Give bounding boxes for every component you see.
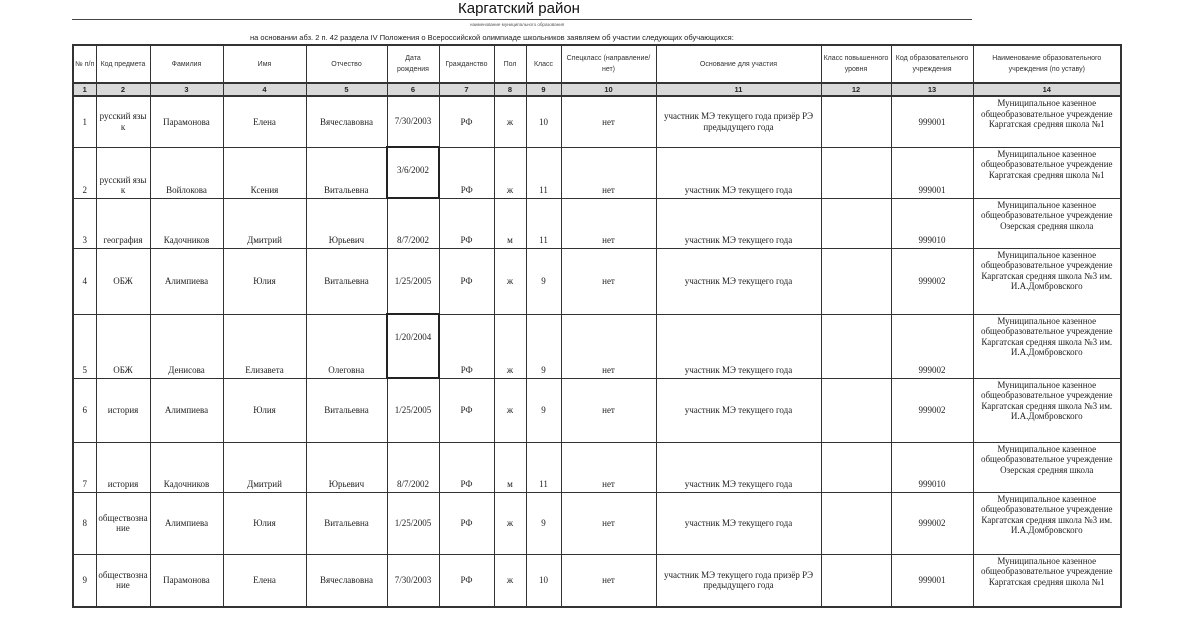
table-row: 1русский языкПарамоноваЕленаВячеславовна… [73,96,1121,147]
column-number: 11 [656,83,821,96]
last-name-cell[interactable]: Парамонова [150,554,223,607]
grade-cell[interactable]: 9 [526,378,561,442]
birth-date-cell[interactable]: 3/6/2002 [387,147,439,198]
row-number-cell[interactable]: 8 [73,492,96,554]
school-code-cell[interactable]: 999002 [891,378,973,442]
school-code-cell[interactable]: 999002 [891,314,973,378]
table-body: 1русский языкПарамоноваЕленаВячеславовна… [73,96,1121,607]
column-number: 1 [73,83,96,96]
subject-code-cell[interactable]: история [96,442,150,492]
birth-date-cell[interactable]: 7/30/2003 [387,96,439,147]
participation-basis-cell[interactable]: участник МЭ текущего года [656,198,821,248]
birth-date-cell[interactable]: 8/7/2002 [387,442,439,492]
birth-date-cell[interactable]: 7/30/2003 [387,554,439,607]
column-header: Гражданство [439,45,494,83]
school-code-cell[interactable]: 999001 [891,96,973,147]
table-row: 6историяАлимпиеваЮлияВитальевна1/25/2005… [73,378,1121,442]
school-name-cell[interactable]: Муниципальное казенное общеобразовательн… [973,378,1121,442]
first-name-cell[interactable]: Елизавета [223,314,306,378]
advanced-class-cell[interactable] [821,248,891,314]
special-class-cell[interactable]: нет [561,378,656,442]
row-number-cell[interactable]: 6 [73,378,96,442]
grade-cell[interactable]: 11 [526,198,561,248]
birth-date-cell[interactable]: 1/25/2005 [387,378,439,442]
participation-basis-cell[interactable]: участник МЭ текущего года [656,492,821,554]
participation-basis-cell[interactable]: участник МЭ текущего года призёр РЭ пред… [656,96,821,147]
special-class-cell[interactable]: нет [561,442,656,492]
row-number-cell[interactable]: 7 [73,442,96,492]
subject-code-cell[interactable]: обществознание [96,554,150,607]
first-name-cell[interactable]: Юлия [223,248,306,314]
row-number-cell[interactable]: 4 [73,248,96,314]
row-number-cell[interactable]: 3 [73,198,96,248]
school-code-cell[interactable]: 999002 [891,492,973,554]
special-class-cell[interactable]: нет [561,248,656,314]
middle-name-cell[interactable]: Олеговна [306,314,387,378]
sex-cell[interactable]: м [494,442,526,492]
citizenship-cell[interactable]: РФ [439,96,494,147]
grade-cell[interactable]: 11 [526,442,561,492]
intro-statement: на основании абз. 2 п. 42 раздела IV Пол… [250,33,734,42]
grade-cell[interactable]: 9 [526,248,561,314]
middle-name-cell[interactable]: Витальевна [306,147,387,198]
first-name-cell[interactable]: Юлия [223,492,306,554]
last-name-cell[interactable]: Кадочников [150,442,223,492]
grade-cell[interactable]: 9 [526,314,561,378]
column-number: 6 [387,83,439,96]
middle-name-cell[interactable]: Вячеславовна [306,96,387,147]
column-header: Код предмета [96,45,150,83]
table-row: 8обществознаниеАлимпиеваЮлияВитальевна1/… [73,492,1121,554]
table-row: 7историяКадочниковДмитрийЮрьевич8/7/2002… [73,442,1121,492]
column-header: Спецкласс (направление/нет) [561,45,656,83]
middle-name-cell[interactable]: Витальевна [306,248,387,314]
middle-name-cell[interactable]: Витальевна [306,378,387,442]
column-number: 7 [439,83,494,96]
last-name-cell[interactable]: Войлокова [150,147,223,198]
district-subcaption: наименование муниципального образования [470,22,564,27]
column-header: Класс повышенного уровня [821,45,891,83]
sex-cell[interactable]: ж [494,314,526,378]
first-name-cell[interactable]: Юлия [223,378,306,442]
last-name-cell[interactable]: Алимпиева [150,492,223,554]
advanced-class-cell[interactable] [821,492,891,554]
last-name-cell[interactable]: Кадочников [150,198,223,248]
sex-cell[interactable]: ж [494,492,526,554]
row-number-cell[interactable]: 1 [73,96,96,147]
sex-cell[interactable]: ж [494,248,526,314]
citizenship-cell[interactable]: РФ [439,147,494,198]
column-number: 12 [821,83,891,96]
advanced-class-cell[interactable] [821,314,891,378]
school-name-cell[interactable]: Муниципальное казенное общеобразовательн… [973,198,1121,248]
citizenship-cell[interactable]: РФ [439,554,494,607]
title-underline [72,19,972,20]
school-name-cell[interactable]: Муниципальное казенное общеобразовательн… [973,96,1121,147]
column-header: № п/п [73,45,96,83]
column-number: 2 [96,83,150,96]
middle-name-cell[interactable]: Вячеславовна [306,554,387,607]
last-name-cell[interactable]: Парамонова [150,96,223,147]
advanced-class-cell[interactable] [821,554,891,607]
header-row: № п/пКод предметаФамилияИмяОтчествоДата … [73,45,1121,83]
grade-cell[interactable]: 10 [526,554,561,607]
column-number: 8 [494,83,526,96]
special-class-cell[interactable]: нет [561,198,656,248]
column-header: Наименование образовательного учреждения… [973,45,1121,83]
birth-date-cell[interactable]: 1/20/2004 [387,314,439,378]
citizenship-cell[interactable]: РФ [439,248,494,314]
subject-code-cell[interactable]: русский язык [96,147,150,198]
table-row: 5ОБЖДенисоваЕлизаветаОлеговна1/20/2004РФ… [73,314,1121,378]
column-number-row: 1234567891011121314 [73,83,1121,96]
participation-basis-cell[interactable]: участник МЭ текущего года [656,147,821,198]
row-number-cell[interactable]: 5 [73,314,96,378]
school-code-cell[interactable]: 999010 [891,442,973,492]
first-name-cell[interactable]: Дмитрий [223,198,306,248]
first-name-cell[interactable]: Елена [223,554,306,607]
column-header: Имя [223,45,306,83]
school-name-cell[interactable]: Муниципальное казенное общеобразовательн… [973,554,1121,607]
column-header: Отчество [306,45,387,83]
column-number: 9 [526,83,561,96]
advanced-class-cell[interactable] [821,147,891,198]
row-number-cell[interactable]: 2 [73,147,96,198]
table-row: 9обществознаниеПарамоноваЕленаВячеславов… [73,554,1121,607]
column-header: Пол [494,45,526,83]
grade-cell[interactable]: 10 [526,96,561,147]
advanced-class-cell[interactable] [821,378,891,442]
district-title: Каргатский район [458,0,580,17]
middle-name-cell[interactable]: Юрьевич [306,198,387,248]
participants-table: № п/пКод предметаФамилияИмяОтчествоДата … [72,44,1122,608]
column-header: Код образовательного учреждения [891,45,973,83]
school-name-cell[interactable]: Муниципальное казенное общеобразовательн… [973,492,1121,554]
table-row: 2русский языкВойлоковаКсенияВитальевна3/… [73,147,1121,198]
subject-code-cell[interactable]: история [96,378,150,442]
school-code-cell[interactable]: 999002 [891,248,973,314]
subject-code-cell[interactable]: обществознание [96,492,150,554]
first-name-cell[interactable]: Дмитрий [223,442,306,492]
last-name-cell[interactable]: Алимпиева [150,248,223,314]
citizenship-cell[interactable]: РФ [439,314,494,378]
school-name-cell[interactable]: Муниципальное казенное общеобразовательн… [973,248,1121,314]
citizenship-cell[interactable]: РФ [439,378,494,442]
birth-date-cell[interactable]: 1/25/2005 [387,492,439,554]
sex-cell[interactable]: ж [494,96,526,147]
column-number: 3 [150,83,223,96]
last-name-cell[interactable]: Алимпиева [150,378,223,442]
special-class-cell[interactable]: нет [561,96,656,147]
grade-cell[interactable]: 9 [526,492,561,554]
column-number: 5 [306,83,387,96]
school-code-cell[interactable]: 999010 [891,198,973,248]
advanced-class-cell[interactable] [821,96,891,147]
subject-code-cell[interactable]: русский язык [96,96,150,147]
citizenship-cell[interactable]: РФ [439,492,494,554]
participation-basis-cell[interactable]: участник МЭ текущего года [656,442,821,492]
subject-code-cell[interactable]: география [96,198,150,248]
column-header: Фамилия [150,45,223,83]
special-class-cell[interactable]: нет [561,314,656,378]
column-number: 10 [561,83,656,96]
subject-code-cell[interactable]: ОБЖ [96,314,150,378]
school-name-cell[interactable]: Муниципальное казенное общеобразовательн… [973,442,1121,492]
special-class-cell[interactable]: нет [561,554,656,607]
district-title-block: Каргатский район [0,0,1086,20]
sex-cell[interactable]: ж [494,554,526,607]
special-class-cell[interactable]: нет [561,147,656,198]
school-name-cell[interactable]: Муниципальное казенное общеобразовательн… [973,147,1121,198]
column-header: Класс [526,45,561,83]
participation-basis-cell[interactable]: участник МЭ текущего года призёр РЭ пред… [656,554,821,607]
school-code-cell[interactable]: 999001 [891,147,973,198]
column-header: Основание для участия [656,45,821,83]
table-row: 4ОБЖАлимпиеваЮлияВитальевна1/25/2005РФж9… [73,248,1121,314]
birth-date-cell[interactable]: 8/7/2002 [387,198,439,248]
middle-name-cell[interactable]: Юрьевич [306,442,387,492]
row-number-cell[interactable]: 9 [73,554,96,607]
advanced-class-cell[interactable] [821,198,891,248]
participation-basis-cell[interactable]: участник МЭ текущего года [656,378,821,442]
last-name-cell[interactable]: Денисова [150,314,223,378]
participation-basis-cell[interactable]: участник МЭ текущего года [656,248,821,314]
first-name-cell[interactable]: Ксения [223,147,306,198]
subject-code-cell[interactable]: ОБЖ [96,248,150,314]
middle-name-cell[interactable]: Витальевна [306,492,387,554]
advanced-class-cell[interactable] [821,442,891,492]
sex-cell[interactable]: ж [494,147,526,198]
table-row: 3географияКадочниковДмитрийЮрьевич8/7/20… [73,198,1121,248]
column-number: 4 [223,83,306,96]
sex-cell[interactable]: м [494,198,526,248]
column-number: 14 [973,83,1121,96]
first-name-cell[interactable]: Елена [223,96,306,147]
column-number: 13 [891,83,973,96]
special-class-cell[interactable]: нет [561,492,656,554]
citizenship-cell[interactable]: РФ [439,442,494,492]
citizenship-cell[interactable]: РФ [439,198,494,248]
sex-cell[interactable]: ж [494,378,526,442]
participation-basis-cell[interactable]: участник МЭ текущего года [656,314,821,378]
birth-date-cell[interactable]: 1/25/2005 [387,248,439,314]
grade-cell[interactable]: 11 [526,147,561,198]
school-name-cell[interactable]: Муниципальное казенное общеобразовательн… [973,314,1121,378]
column-header: Дата рождения [387,45,439,83]
school-code-cell[interactable]: 999001 [891,554,973,607]
